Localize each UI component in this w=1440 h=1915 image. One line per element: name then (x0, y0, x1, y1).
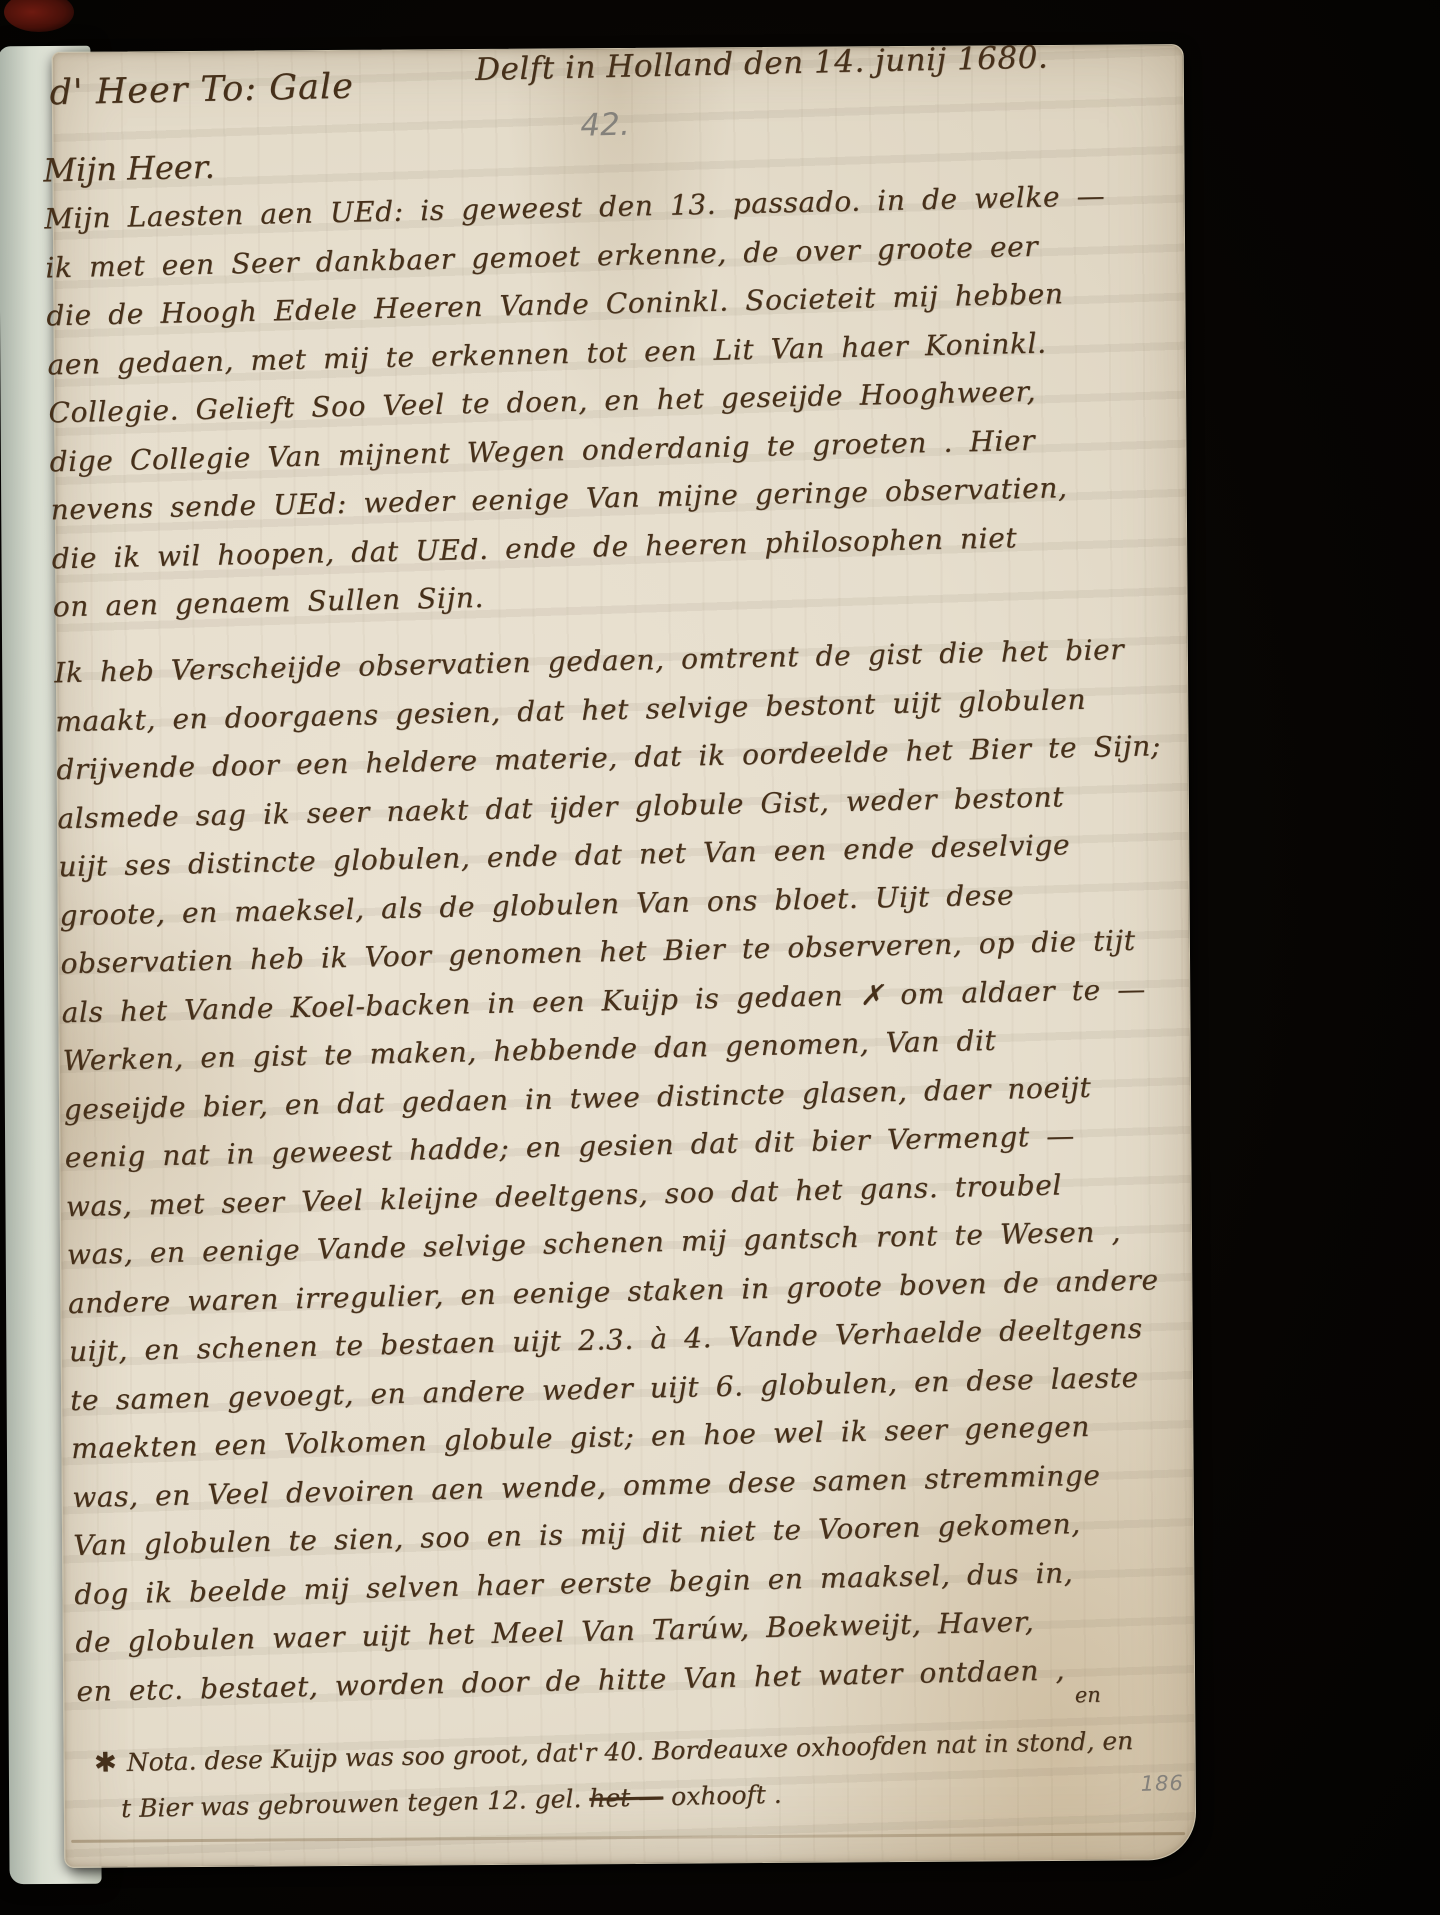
paragraph-1: Mijn Laesten aen UEd: is geweest den 13.… (44, 172, 1114, 632)
catchword: en (1075, 1683, 1101, 1708)
footnote-text: oxhooft . (671, 1780, 782, 1811)
pencil-folio-number: 186 (1140, 1771, 1184, 1796)
addressee: d' Heer To: Gale (49, 67, 354, 114)
paragraph-2: Ik heb Verscheijde observatien gedaen, o… (54, 625, 1182, 1716)
scan-background: d' Heer To: Gale Delft in Holland den 14… (0, 0, 1440, 1915)
footnote-struck-word: het — (589, 1782, 664, 1813)
manuscript-page: d' Heer To: Gale Delft in Holland den 14… (52, 44, 1197, 1868)
binding-blemish (4, 0, 74, 32)
footnote: ✱Nota. dese Kuijp was soo groot, dat'r 4… (94, 1718, 1135, 1833)
letter-content: d' Heer To: Gale Delft in Holland den 14… (27, 29, 1196, 1867)
pencil-page-number: 42. (580, 107, 630, 144)
footnote-marker: ✱ (94, 1747, 127, 1779)
footnote-text: t Bier was gebrouwen tegen 12. gel. (121, 1784, 582, 1823)
dateline: Delft in Holland den 14. junij 1680. (475, 40, 1049, 88)
salutation: Mijn Heer. (43, 148, 215, 190)
